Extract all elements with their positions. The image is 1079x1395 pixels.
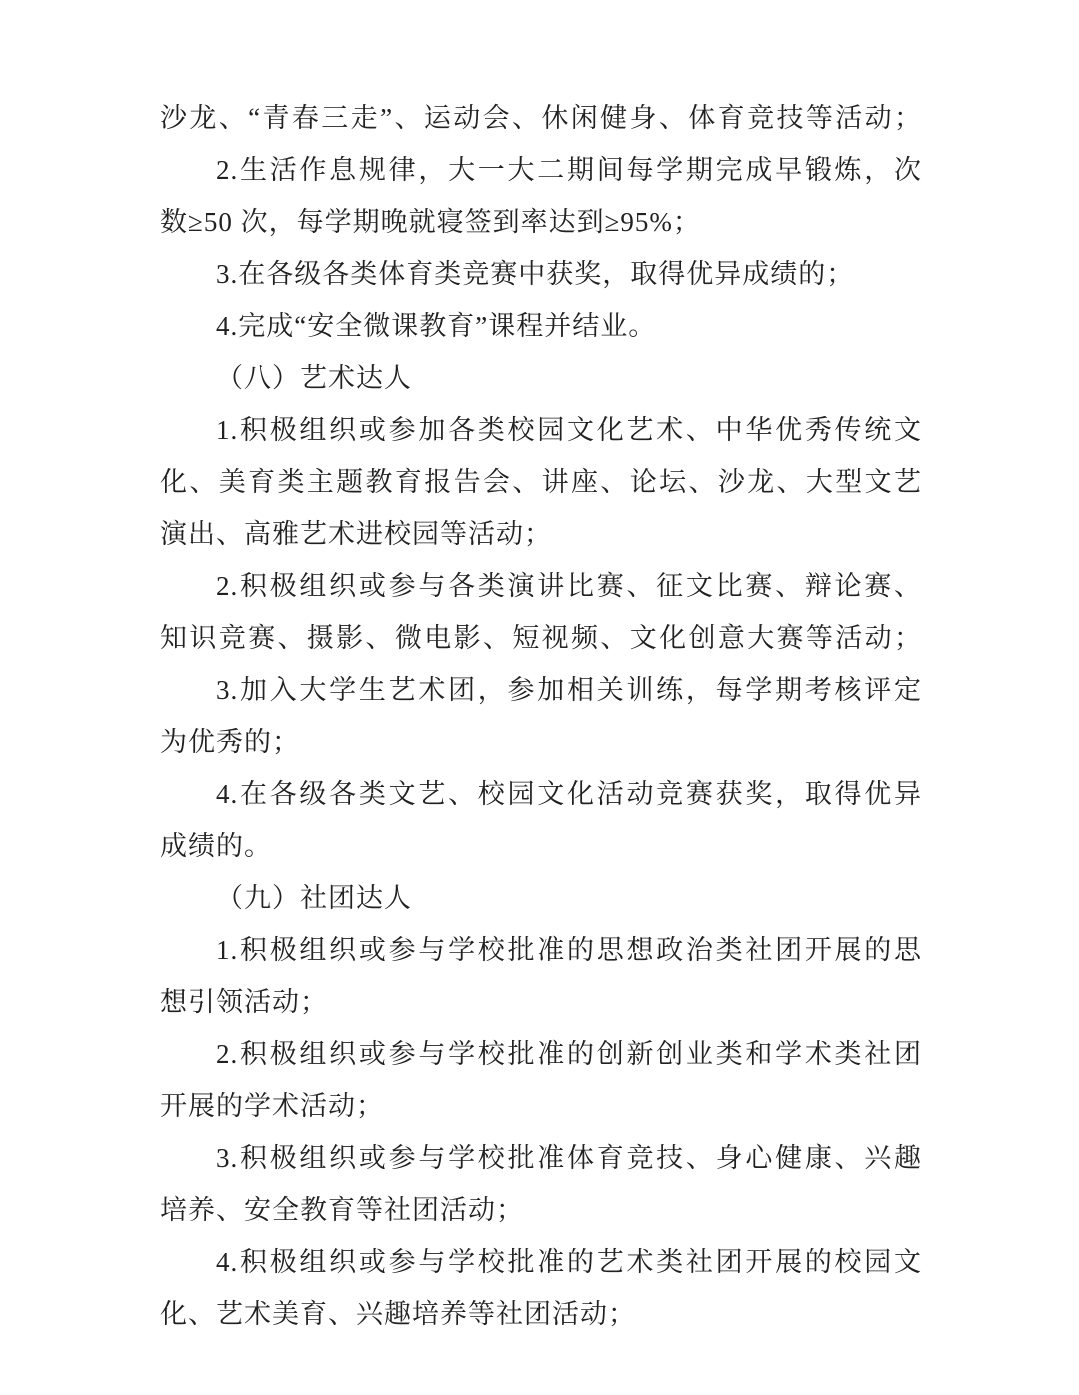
text-line: 为优秀的；	[160, 716, 922, 768]
text-line: 3.在各级各类体育类竞赛中获奖，取得优异成绩的；	[160, 248, 922, 300]
text-line: 化、美育类主题教育报告会、讲座、论坛、沙龙、大型文艺	[160, 456, 922, 508]
text-line: 2.积极组织或参与学校批准的创新创业类和学术类社团	[160, 1028, 922, 1080]
document-page: 沙龙、“青春三走”、运动会、休闲健身、体育竞技等活动；2.生活作息规律，大一大二…	[0, 0, 1079, 1395]
text-line: 4.积极组织或参与学校批准的艺术类社团开展的校园文	[160, 1236, 922, 1288]
section-heading: （九）社团达人	[160, 872, 922, 924]
text-line: 知识竞赛、摄影、微电影、短视频、文化创意大赛等活动；	[160, 612, 922, 664]
text-line: 2.生活作息规律，大一大二期间每学期完成早锻炼，次	[160, 144, 922, 196]
text-line: 3.积极组织或参与学校批准体育竞技、身心健康、兴趣	[160, 1132, 922, 1184]
text-line: 2.积极组织或参与各类演讲比赛、征文比赛、辩论赛、	[160, 560, 922, 612]
text-line: 化、艺术美育、兴趣培养等社团活动；	[160, 1288, 922, 1340]
text-line: 演出、高雅艺术进校园等活动；	[160, 508, 922, 560]
section-heading: （八）艺术达人	[160, 352, 922, 404]
text-line: 1.积极组织或参与学校批准的思想政治类社团开展的思	[160, 924, 922, 976]
text-line: 开展的学术活动；	[160, 1080, 922, 1132]
text-line: 4.在各级各类文艺、校园文化活动竞赛获奖，取得优异	[160, 768, 922, 820]
text-block: 沙龙、“青春三走”、运动会、休闲健身、体育竞技等活动；2.生活作息规律，大一大二…	[160, 92, 922, 1340]
text-line: 成绩的。	[160, 820, 922, 872]
text-line: 3.加入大学生艺术团，参加相关训练，每学期考核评定	[160, 664, 922, 716]
text-line: 数≥50 次，每学期晚就寝签到率达到≥95%；	[160, 196, 922, 248]
text-line: 沙龙、“青春三走”、运动会、休闲健身、体育竞技等活动；	[160, 92, 922, 144]
text-line: 想引领活动；	[160, 976, 922, 1028]
text-line: 1.积极组织或参加各类校园文化艺术、中华优秀传统文	[160, 404, 922, 456]
text-line: 培养、安全教育等社团活动；	[160, 1184, 922, 1236]
text-line: 4.完成“安全微课教育”课程并结业。	[160, 300, 922, 352]
